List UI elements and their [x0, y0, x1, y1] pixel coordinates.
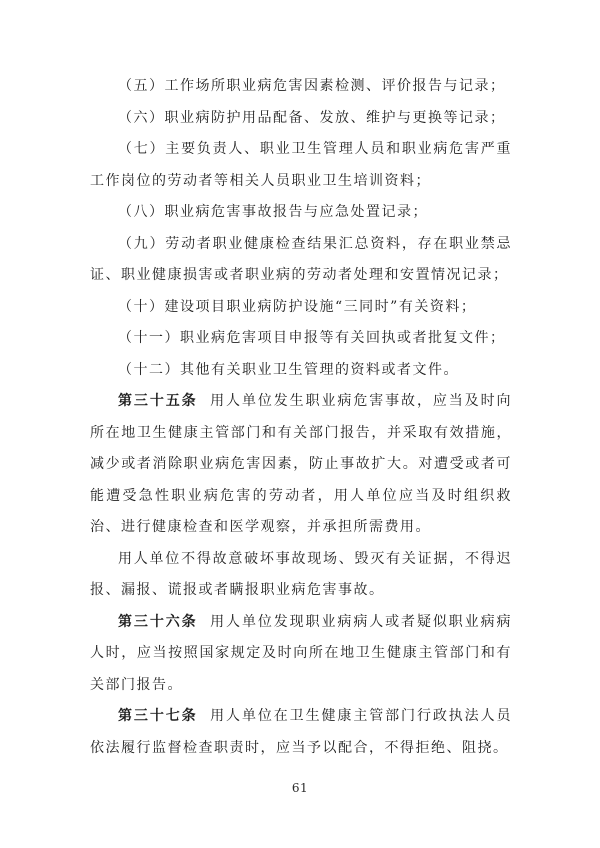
list-item-8: （八）职业病危害事故报告与应急处置记录； — [90, 197, 512, 229]
list-item-7: （七）主要负责人、职业卫生管理人员和职业病危害严重工作岗位的劳动者等相关人员职业… — [90, 134, 512, 197]
page-number: 61 — [0, 781, 600, 795]
list-item-11: （十一）职业病危害项目申报等有关回执或者批复文件； — [90, 323, 512, 355]
article-36-paragraph-1: 第三十六条用人单位发现职业病病人或者疑似职业病病人时，应当按照国家规定及时向所在… — [90, 607, 512, 702]
list-item-5: （五）工作场所职业病危害因素检测、评价报告与记录； — [90, 71, 512, 103]
document-text-block: （五）工作场所职业病危害因素检测、评价报告与记录； （六）职业病防护用品配备、发… — [90, 71, 512, 764]
article-35-paragraph-2: 用人单位不得故意破坏事故现场、毁灭有关证据，不得迟报、漏报、谎报或者瞒报职业病危… — [90, 544, 512, 607]
article-37-paragraph-1: 第三十七条用人单位在卫生健康主管部门行政执法人员依法履行监督检查职责时，应当予以… — [90, 701, 512, 764]
list-item-10: （十）建设项目职业病防护设施“三同时”有关资料； — [90, 292, 512, 324]
article-35-paragraph-1: 第三十五条用人单位发生职业病危害事故，应当及时向所在地卫生健康主管部门和有关部门… — [90, 386, 512, 544]
list-item-6: （六）职业病防护用品配备、发放、维护与更换等记录； — [90, 103, 512, 135]
article-35-number: 第三十五条 — [118, 393, 198, 409]
article-35-text: 用人单位发生职业病危害事故，应当及时向所在地卫生健康主管部门和有关部门报告，并采… — [90, 393, 512, 535]
list-item-12: （十二）其他有关职业卫生管理的资料或者文件。 — [90, 355, 512, 387]
article-36-number: 第三十六条 — [118, 614, 198, 630]
list-item-9: （九）劳动者职业健康检查结果汇总资料，存在职业禁忌证、职业健康损害或者职业病的劳… — [90, 229, 512, 292]
article-37-number: 第三十七条 — [118, 708, 198, 724]
document-page: （五）工作场所职业病危害因素检测、评价报告与记录； （六）职业病防护用品配备、发… — [0, 0, 600, 848]
